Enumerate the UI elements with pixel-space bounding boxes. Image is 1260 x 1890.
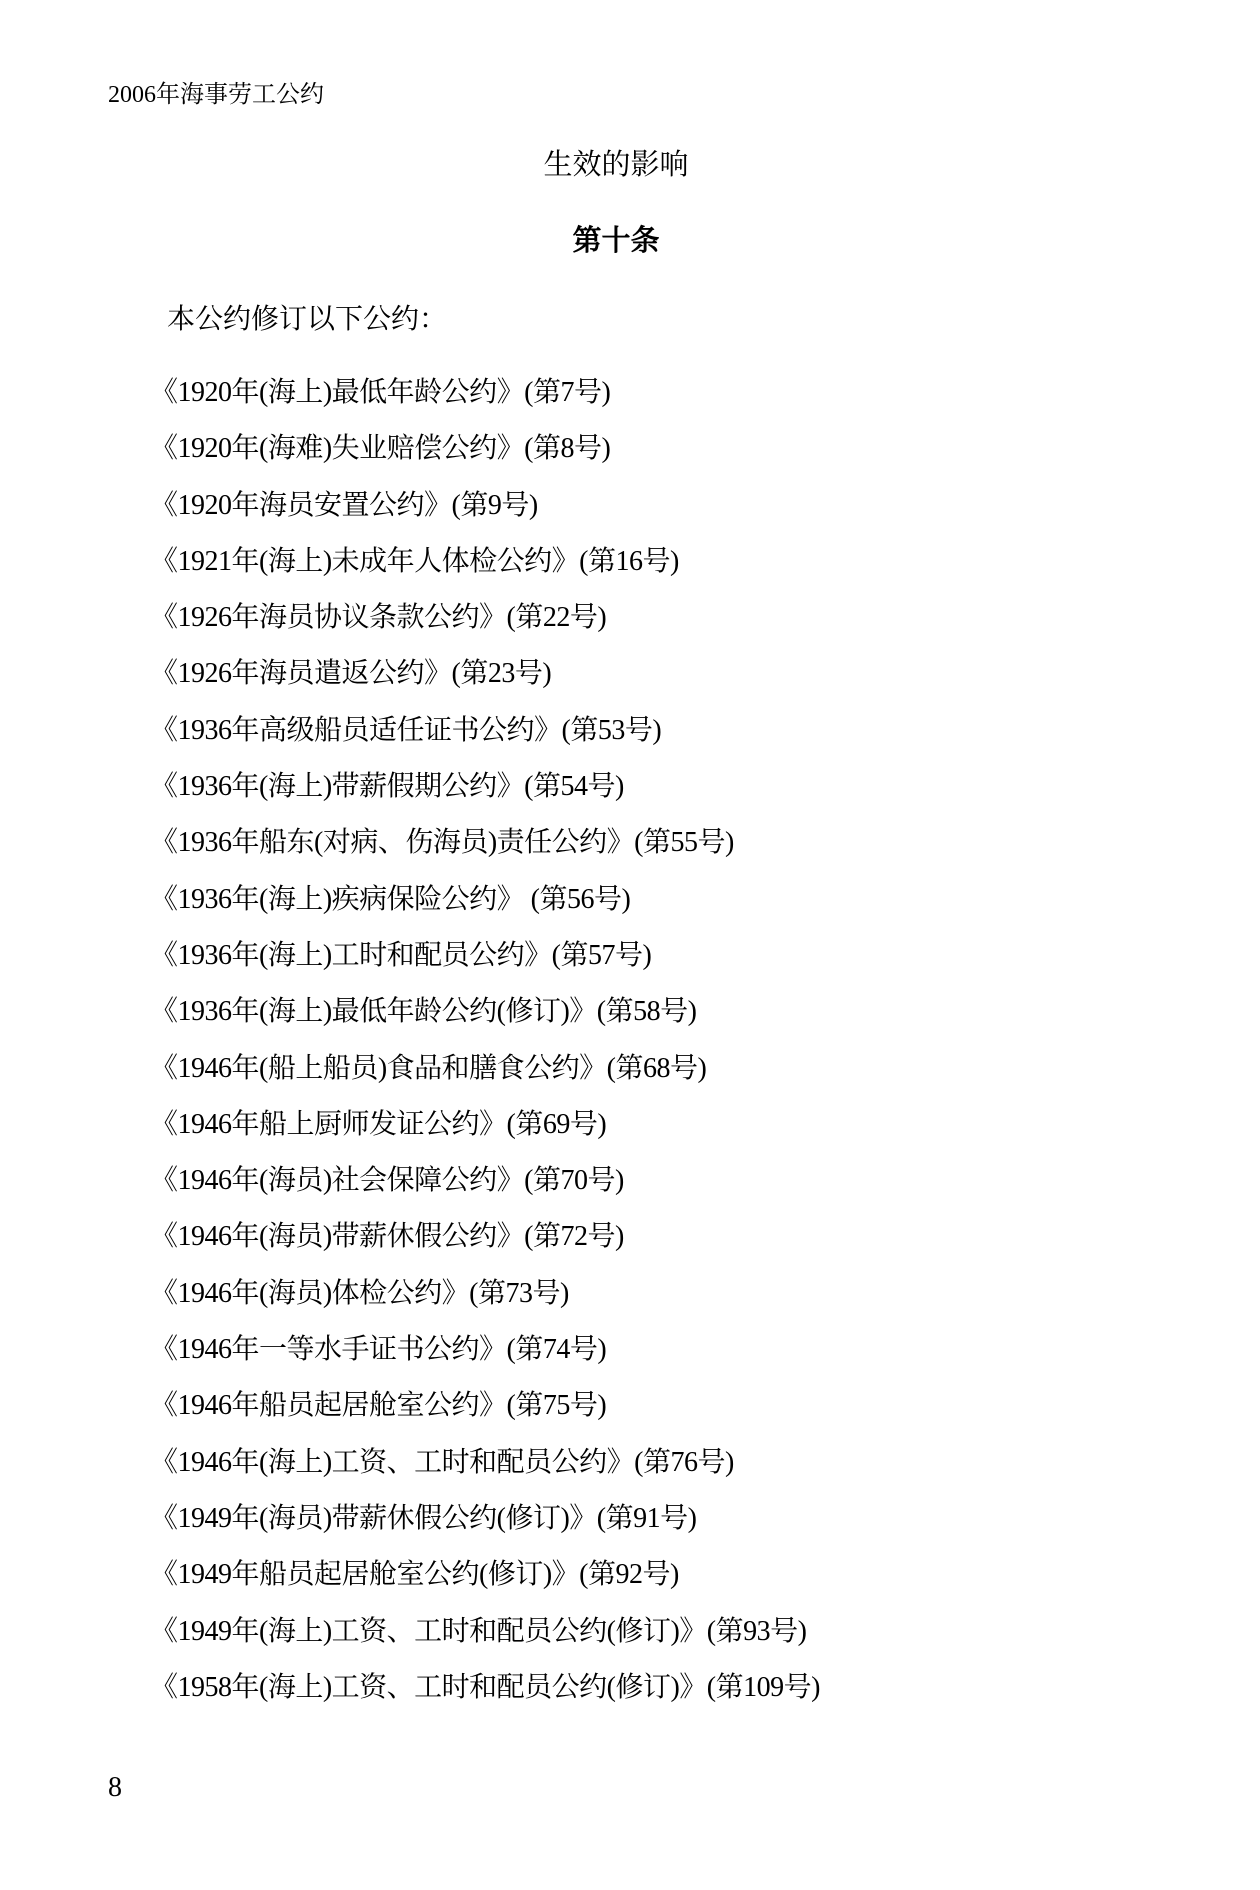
- convention-list: 《1920年(海上)最低年龄公约》(第7号) 《1920年(海难)失业赔偿公约》…: [150, 373, 820, 1724]
- list-item: 《1949年船员起居舱室公约(修订)》(第92号): [150, 1555, 820, 1611]
- list-item: 《1920年(海难)失业赔偿公约》(第8号): [150, 429, 820, 485]
- list-item: 《1946年一等水手证书公约》(第74号): [150, 1330, 820, 1386]
- page-number: 8: [108, 1770, 122, 1806]
- list-item: 《1936年(海上)工时和配员公约》(第57号): [150, 936, 820, 992]
- intro-paragraph: 本公约修订以下公约：: [167, 302, 447, 338]
- list-item: 《1946年(海员)社会保障公约》(第70号): [150, 1161, 820, 1217]
- list-item: 《1949年(海上)工资、工时和配员公约(修订)》(第93号): [150, 1612, 820, 1668]
- list-item: 《1936年(海上)带薪假期公约》(第54号): [150, 767, 820, 823]
- list-item: 《1946年船员起居舱室公约》(第75号): [150, 1386, 820, 1442]
- list-item: 《1946年(海员)带薪休假公约》(第72号): [150, 1217, 820, 1273]
- list-item: 《1936年(海上)疾病保险公约》 (第56号): [150, 880, 820, 936]
- section-title: 生效的影响: [0, 146, 1232, 182]
- list-item: 《1946年(海员)体检公约》(第73号): [150, 1274, 820, 1330]
- article-title: 第十条: [0, 222, 1232, 258]
- list-item: 《1920年(海上)最低年龄公约》(第7号): [150, 373, 820, 429]
- list-item: 《1926年海员遣返公约》(第23号): [150, 654, 820, 710]
- list-item: 《1926年海员协议条款公约》(第22号): [150, 598, 820, 654]
- list-item: 《1936年船东(对病、伤海员)责任公约》(第55号): [150, 823, 820, 879]
- list-item: 《1936年(海上)最低年龄公约(修订)》(第58号): [150, 992, 820, 1048]
- list-item: 《1946年船上厨师发证公约》(第69号): [150, 1105, 820, 1161]
- running-header: 2006年海事劳工公约: [108, 80, 324, 110]
- list-item: 《1920年海员安置公约》(第9号): [150, 486, 820, 542]
- list-item: 《1946年(船上船员)食品和膳食公约》(第68号): [150, 1049, 820, 1105]
- list-item: 《1949年(海员)带薪休假公约(修订)》(第91号): [150, 1499, 820, 1555]
- list-item: 《1958年(海上)工资、工时和配员公约(修订)》(第109号): [150, 1668, 820, 1724]
- list-item: 《1921年(海上)未成年人体检公约》(第16号): [150, 542, 820, 598]
- list-item: 《1936年高级船员适任证书公约》(第53号): [150, 711, 820, 767]
- list-item: 《1946年(海上)工资、工时和配员公约》(第76号): [150, 1443, 820, 1499]
